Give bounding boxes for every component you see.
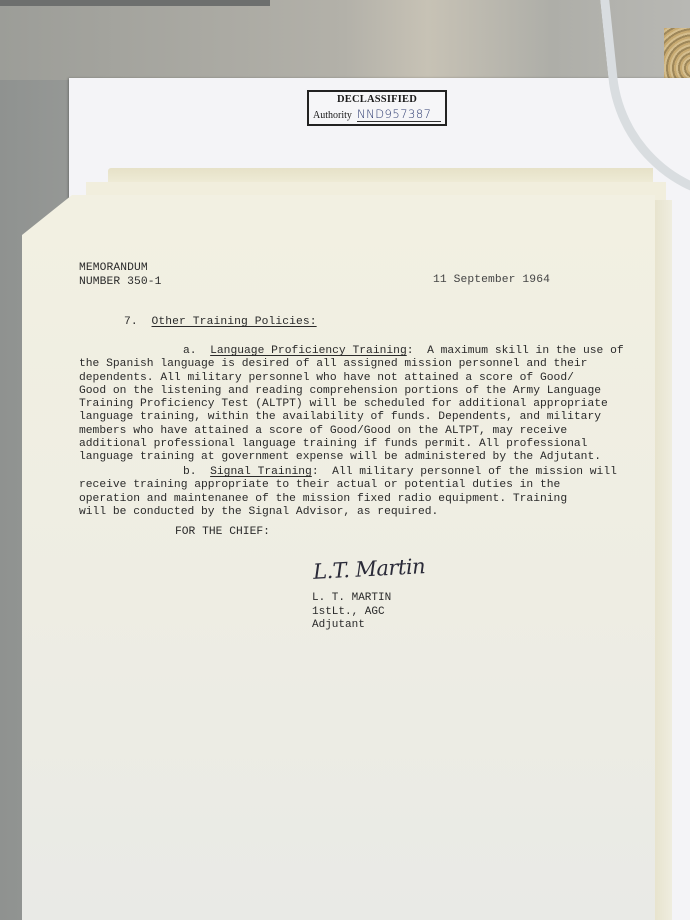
paragraph-line: the Spanish language is desired of all a… xyxy=(79,358,599,371)
paragraph-line: will be conducted by the Signal Advisor,… xyxy=(79,506,599,519)
signatory-name: L. T. MARTIN xyxy=(312,592,391,606)
paragraph-line: dependents. All military personnel who h… xyxy=(79,372,599,385)
signatory-rank: 1stLt., AGC xyxy=(312,606,391,620)
paragraph-line: additional professional language trainin… xyxy=(79,438,599,451)
declassified-stamp: DECLASSIFIED Authority NND957387 xyxy=(307,90,447,126)
stamp-authority-number: NND957387 xyxy=(357,107,441,122)
memo-header-number: NUMBER 350-1 xyxy=(79,276,162,290)
signature-block: L. T. MARTIN 1stLt., AGC Adjutant xyxy=(312,592,391,633)
paragraph-line: receive training appropriate to their ac… xyxy=(79,479,599,492)
closing-line: FOR THE CHIEF: xyxy=(175,526,270,538)
paragraph-line: members who have attained a score of Goo… xyxy=(79,425,599,438)
stamp-title: DECLASSIFIED xyxy=(309,94,445,105)
paragraph-line: : All military personnel of the mission … xyxy=(312,466,617,478)
page-stack-edge xyxy=(654,200,672,920)
stamp-authority-label: Authority xyxy=(313,110,352,121)
section-number: 7. xyxy=(124,316,138,328)
paragraph-first-line: b. Signal Training: All military personn… xyxy=(79,466,599,479)
section-title: Other Training Policies: xyxy=(152,316,317,328)
paragraph-line: language training at government expense … xyxy=(79,451,599,464)
memo-header-title: MEMORANDUM xyxy=(79,262,148,276)
desk-edge xyxy=(0,0,270,6)
section-heading: 7. Other Training Policies: xyxy=(124,316,317,330)
desk-surface xyxy=(0,0,690,80)
paragraph-heading: Signal Training xyxy=(210,466,312,478)
paragraph-line: operation and maintenanee of the mission… xyxy=(79,493,599,506)
paragraph-label: a. xyxy=(183,345,197,357)
signatory-title: Adjutant xyxy=(312,619,391,633)
paragraph-first-line: a. Language Proficiency Training: A maxi… xyxy=(79,345,599,358)
paragraph-line: Good on the listening and reading compre… xyxy=(79,385,599,398)
memorandum-page xyxy=(22,195,655,920)
memo-date: 11 September 1964 xyxy=(433,274,550,288)
paragraph-language-training: a. Language Proficiency Training: A maxi… xyxy=(79,345,599,465)
paragraph-line: language training, within the availabili… xyxy=(79,411,599,424)
paragraph-line: Training Proficiency Test (ALTPT) will b… xyxy=(79,398,599,411)
paragraph-label: b. xyxy=(183,466,197,478)
paragraph-heading: Language Proficiency Training xyxy=(210,345,407,357)
paragraph-signal-training: b. Signal Training: All military personn… xyxy=(79,466,599,519)
paragraph-line: : A maximum skill in the use of xyxy=(407,345,624,357)
